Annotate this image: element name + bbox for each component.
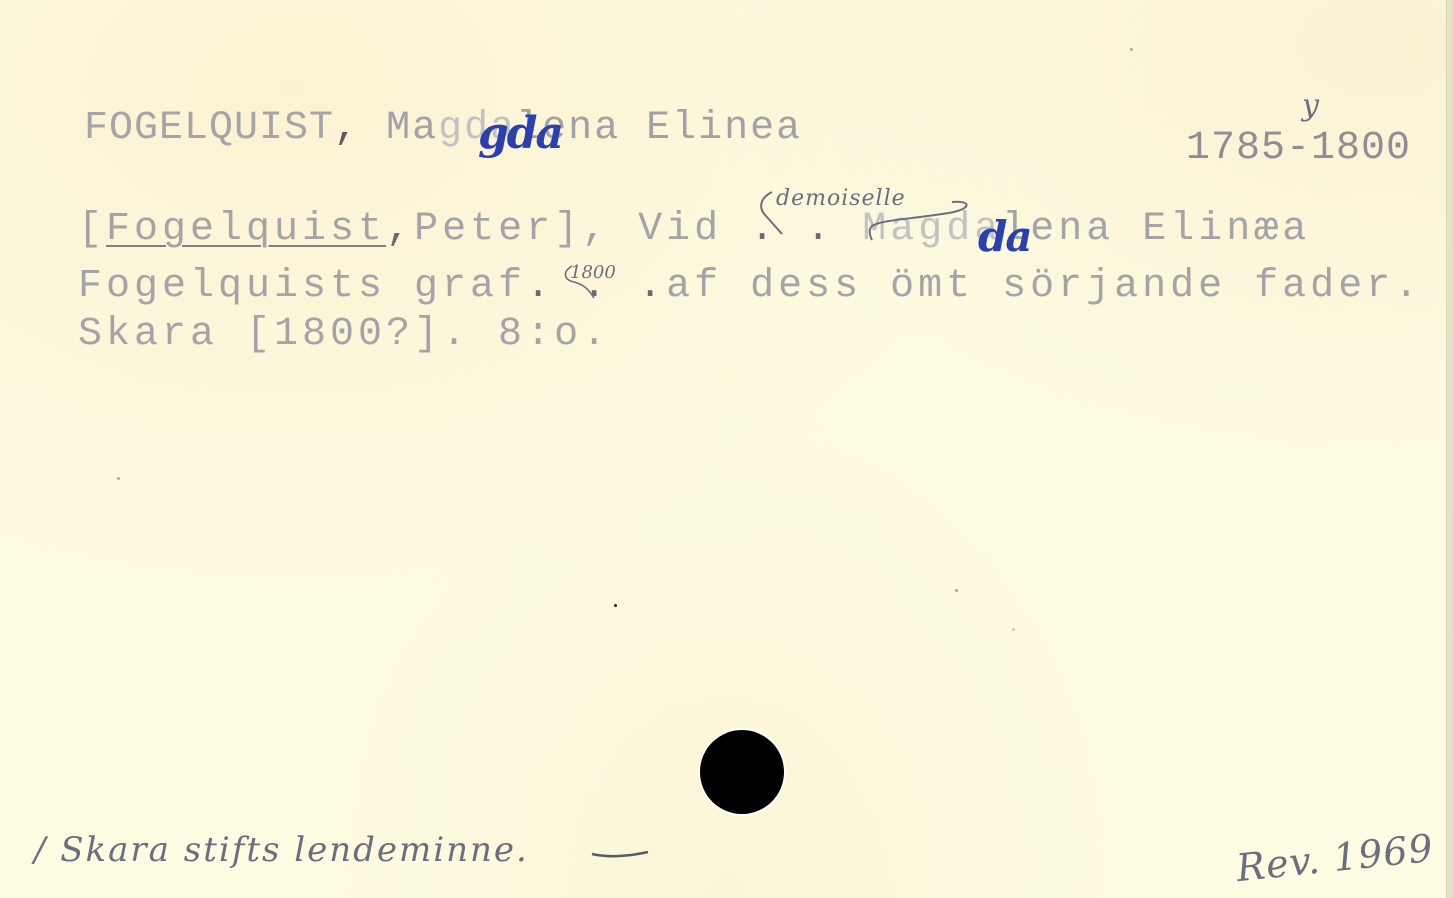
line2-start: Fogelquists graf <box>78 264 526 309</box>
body-line-3: Skara [1800?]. 8:o. <box>78 310 610 360</box>
author-given: Peter <box>414 207 554 252</box>
paper-speck <box>955 589 958 592</box>
bracket-open: [ <box>78 207 106 252</box>
blue-ink-heading-correction: gda <box>478 108 562 159</box>
heading-surname: FOGELQUIST <box>84 106 334 151</box>
paper-speck <box>1130 48 1133 51</box>
line2-end: af dess ömt sörjande fader. <box>666 264 1422 309</box>
body-line-2: Fogelquists graf. . .af dess ömt sörjand… <box>78 262 1422 312</box>
author-comma: , <box>386 207 414 252</box>
paper-speck <box>1012 628 1015 631</box>
pencil-date-correction: y <box>1302 88 1319 123</box>
bracket-close: ] <box>554 207 582 252</box>
catalog-card: FOGELQUIST, Magdalena Elinea gda 1785-18… <box>0 0 1454 898</box>
card-heading: FOGELQUIST, Magdalena Elinea <box>84 104 802 154</box>
paper-speck <box>117 477 120 480</box>
punch-hole <box>700 730 784 814</box>
blue-ink-body-correction: da <box>978 212 1031 261</box>
footer-left-note: / Skara stifts lendeminne. <box>34 830 529 870</box>
author-surname: Fogelquist <box>106 207 386 252</box>
paper-speck <box>614 604 617 607</box>
pencil-insert-bracket-icon <box>752 190 982 250</box>
body-line-1: [Fogelquist,Peter], Vid . . Magdalena El… <box>78 205 1310 255</box>
card-right-edge <box>1446 0 1454 898</box>
heading-given-prefix: Ma <box>386 106 438 151</box>
name-rest: lena Elinæa <box>1002 207 1310 252</box>
heading-comma: , <box>334 106 360 151</box>
footer-revision-note: Rev. 1969 <box>1234 826 1435 890</box>
pencil-insert-caret-icon <box>560 262 620 302</box>
after-author: , Vid <box>582 207 722 252</box>
footer-underline-stroke-icon <box>590 848 650 860</box>
heading-dates: 1785-1800 <box>1186 124 1411 174</box>
